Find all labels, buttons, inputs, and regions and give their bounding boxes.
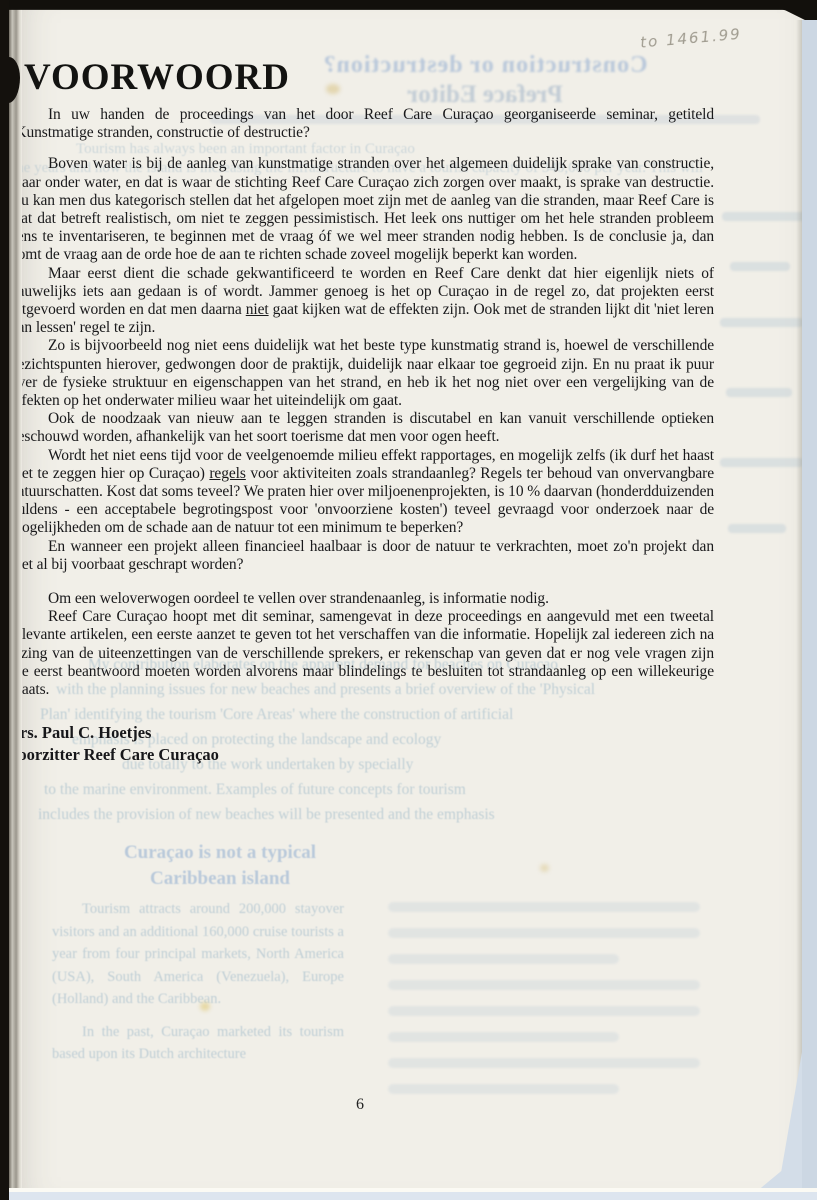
ghost-blurred-line [388,954,619,964]
text-segment: Boven water is bij de aanleg van kunstma… [10,155,714,263]
paragraph-p1: In uw handen de proceedings van het door… [10,106,714,142]
paragraph-p9: Reef Care Curaçao hoopt met dit seminar,… [10,608,714,699]
paper-stain [326,84,340,94]
ghost-text-line: to the marine environment. Examples of f… [30,777,790,802]
ghost-blurred-line [388,902,700,912]
ghost-blurred-fragment [730,262,790,271]
scan-edge-bottom [9,1192,817,1200]
ghost-bottom-heading: Curaçao is not a typical Caribbean islan… [70,840,370,892]
scan-edge-top [0,0,817,17]
paragraph-p3: Maar eerst dient die schade gekwantifice… [10,265,714,338]
page-number: 6 [330,1096,390,1114]
text-segment: In uw handen de proceedings van het door… [10,106,714,141]
page-title: VOORWOORD [24,56,290,99]
ghost-blurred-line [388,1032,619,1042]
paragraph-p4: Zo is bijvoorbeeld nog niet eens duideli… [10,337,714,410]
ghost-bottom-column-2 [388,902,700,1110]
ghost-blurred-fragment [720,318,804,327]
ghost-paragraph: Tourism attracts around 200,000 stayover… [52,898,344,1011]
ghost-blurred-line [388,1006,700,1016]
paragraph-p6: Wordt het niet eens tijd voor de veelgen… [10,447,714,538]
ghost-bottom-heading-line2: Caribbean island [70,866,370,892]
handwritten-note: to 1461.99 [639,22,770,51]
paragraph-p2: Boven water is bij de aanleg van kunstma… [10,155,714,264]
paper-stain [540,864,549,872]
ghost-bottom-heading-line1: Curaçao is not a typical [70,840,370,866]
foreword-body-text: In uw handen de proceedings van het door… [10,106,714,699]
underlined-word: regels [209,465,245,482]
text-segment: Reef Care Curaçao hoopt met dit seminar,… [10,608,714,698]
ghost-blurred-fragment [728,524,786,533]
page-stack-edge [9,8,22,1200]
ghost-blurred-fragment [720,458,804,467]
ghost-blurred-fragment [726,388,792,397]
paragraph-p7: En wanneer een projekt alleen financieel… [10,538,714,574]
scan-edge-right [802,20,817,1200]
scan-edge-left [0,0,9,1200]
scanned-document-page: Construction or destruction? Preface Edi… [0,0,817,1200]
paper-stain [200,1002,210,1011]
underlined-word: niet [246,301,269,318]
ghost-blurred-line [388,1084,619,1094]
signature-block: Drs. Paul C. Hoetjes Voorzitter Reef Car… [8,722,219,766]
ghost-paragraph: In the past, Curaçao marketed its touris… [52,1021,344,1066]
paragraph-p8: Om een weloverwogen oordeel te vellen ov… [10,590,714,608]
text-segment: Om een weloverwogen oordeel te vellen ov… [48,590,549,607]
paragraph-p5: Ook de noodzaak van nieuw aan te leggen … [10,410,714,446]
ghost-bottom-column-1: Tourism attracts around 200,000 stayover… [52,898,344,1066]
ghost-blurred-fragment [722,212,806,221]
ghost-blurred-line [388,1058,700,1068]
ghost-text-line: includes the provision of new beaches wi… [30,802,790,827]
ghost-blurred-line [388,928,700,938]
signature-role: Voorzitter Reef Care Curaçao [8,744,219,766]
text-segment: En wanneer een projekt alleen financieel… [10,538,714,573]
signature-name: Drs. Paul C. Hoetjes [8,722,219,744]
text-segment: Zo is bijvoorbeeld nog niet eens duideli… [10,337,714,409]
text-segment: Ook de noodzaak van nieuw aan te leggen … [10,410,714,445]
ghost-blurred-line [388,980,700,990]
